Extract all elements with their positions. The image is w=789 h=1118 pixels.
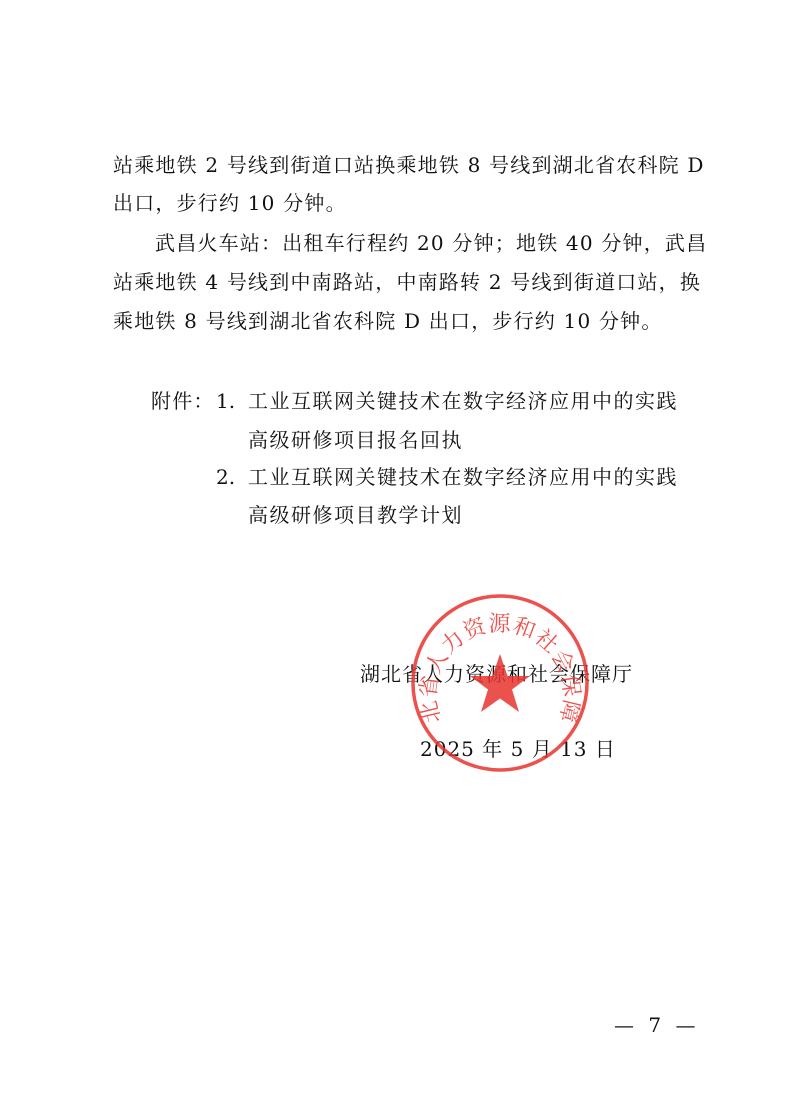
signature-organization: 湖北省人力资源和社会保障厅: [360, 662, 633, 686]
page-number: — 7 —: [614, 1013, 699, 1037]
attachment-1-number: 1.: [216, 389, 235, 413]
attachments-label: 附件：: [151, 389, 215, 413]
body-line-1: 站乘地铁 2 号线到街道口站换乘地铁 8 号线到湖北省农科院 D: [113, 153, 683, 177]
attachment-1-title-line2: 高级研修项目报名回执: [248, 428, 463, 452]
attachment-2-title-line1: 工业互联网关键技术在数字经济应用中的实践: [248, 465, 678, 489]
body-line-2: 出口，步行约 10 分钟。: [113, 191, 683, 215]
attachment-2-number: 2.: [216, 465, 235, 489]
seal-arc-text: 湖北省人力资源和社会保障厅: [409, 592, 584, 726]
body-line-5: 乘地铁 8 号线到湖北省农科院 D 出口，步行约 10 分钟。: [113, 309, 683, 333]
body-line-4: 站乘地铁 4 号线到中南路站，中南路转 2 号线到街道口站，换: [113, 270, 683, 294]
body-line-3: 武昌火车站：出租车行程约 20 分钟；地铁 40 分钟，武昌: [155, 231, 725, 255]
attachment-1-title-line1: 工业互联网关键技术在数字经济应用中的实践: [248, 389, 678, 413]
attachment-2-title-line2: 高级研修项目教学计划: [248, 503, 463, 527]
document-page: 站乘地铁 2 号线到街道口站换乘地铁 8 号线到湖北省农科院 D 出口，步行约 …: [0, 0, 789, 1118]
signature-date: 2025 年 5 月 13 日: [420, 737, 616, 761]
